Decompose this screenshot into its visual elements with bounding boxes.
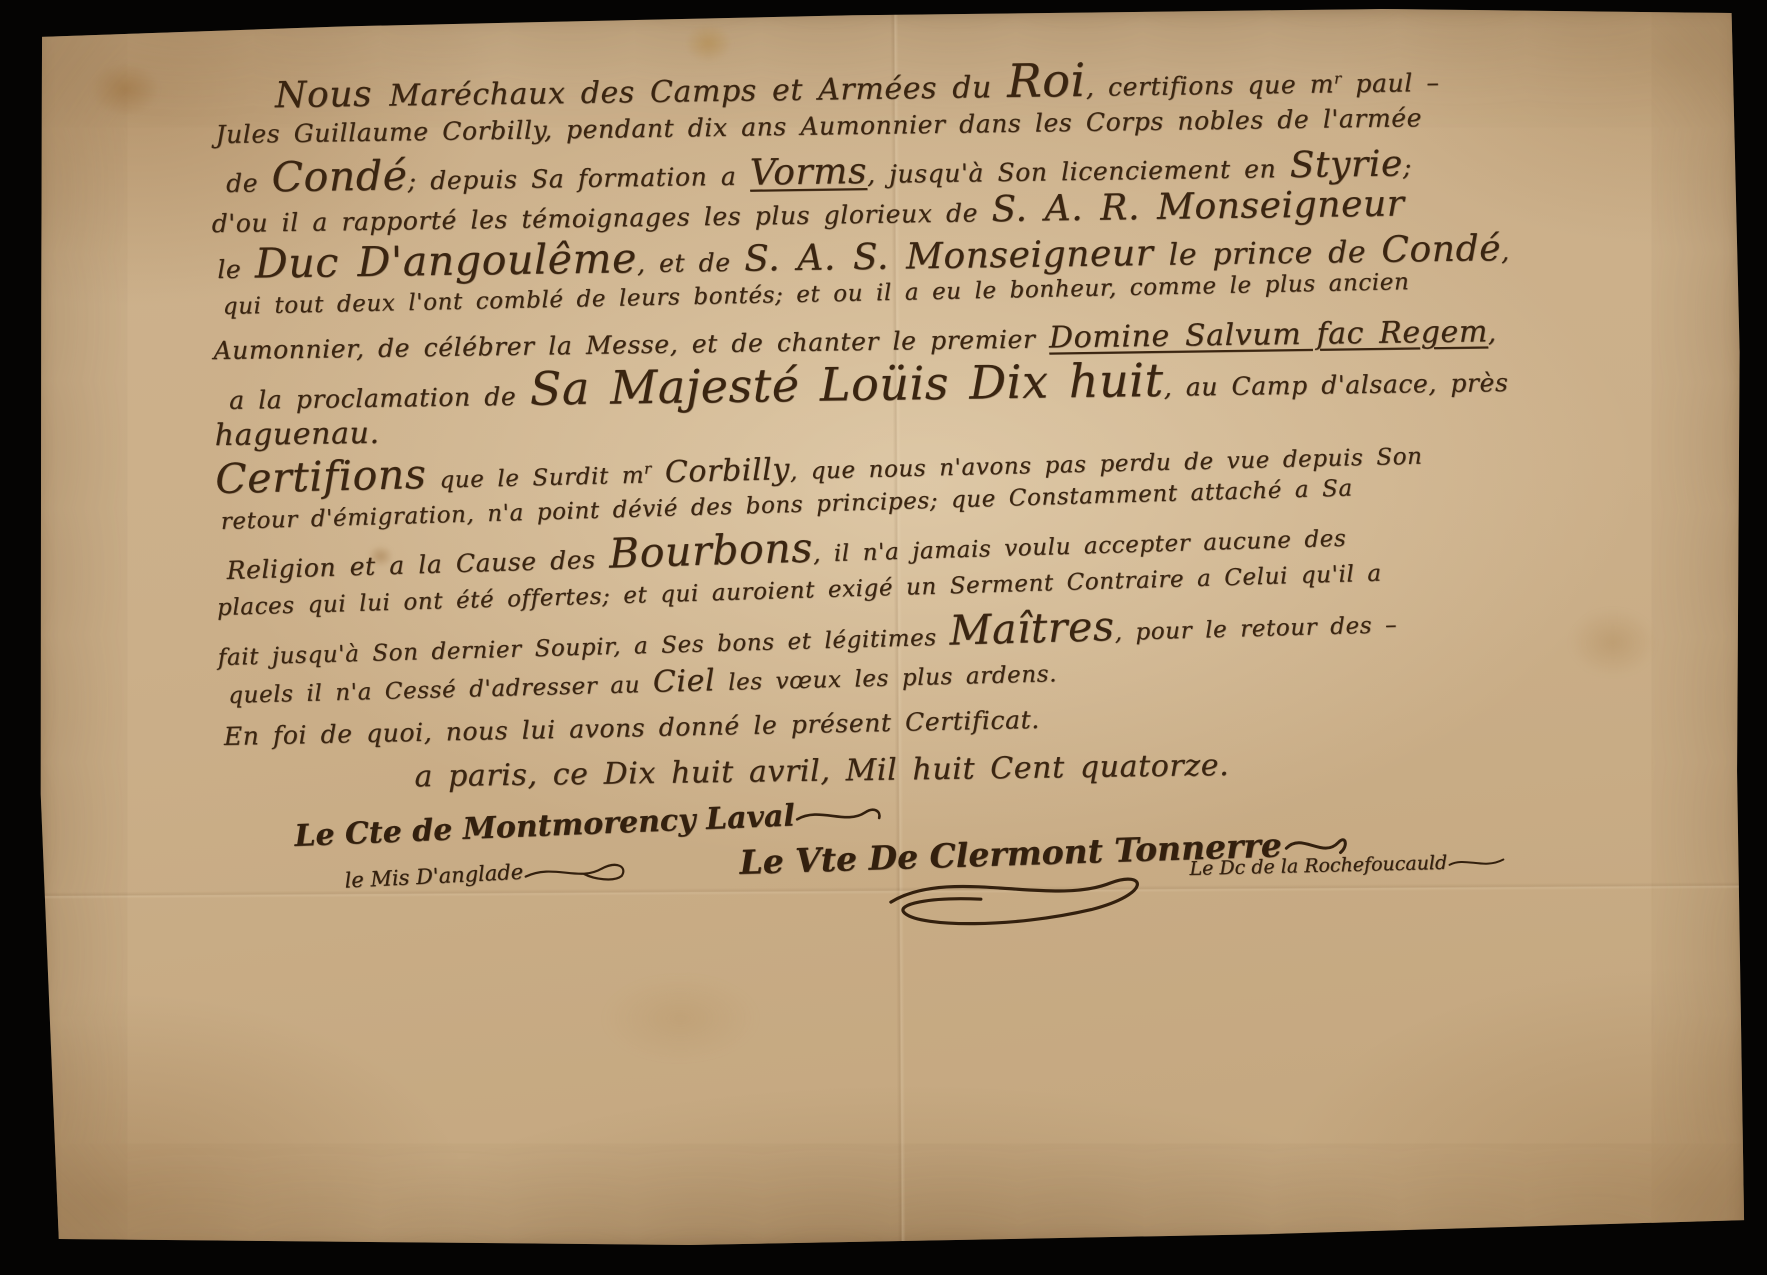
document-paper: Nous Maréchaux des Camps et Armées du Ro…	[34, 7, 1747, 1250]
text-segment: Corbilly	[664, 452, 790, 490]
text-segment: ;	[1403, 152, 1412, 181]
text-segment: ; depuis Sa formation a	[407, 162, 750, 196]
text-segment: que le Surdit m	[426, 463, 644, 494]
text-segment: Certifions	[215, 450, 427, 503]
text-segment: a la proclamation de	[229, 382, 530, 415]
text-segment: les vœux les plus ardens.	[715, 661, 1057, 696]
text-segment: , au Camp d'alsace, près	[1164, 368, 1509, 402]
signature-flourish-loop	[860, 863, 1162, 937]
signature-flourish	[794, 802, 885, 830]
text-segment	[652, 462, 666, 488]
text-segment: de	[226, 168, 272, 198]
signature-text: Le Cte de Montmorency Laval	[294, 798, 796, 854]
document-lines: Nous Maréchaux des Camps et Armées du Ro…	[210, 51, 1700, 803]
text-segment: Ciel	[652, 663, 715, 700]
signature-text: le Mis D'anglade	[344, 860, 524, 893]
text-segment: a paris, ce Dix huit avril, Mil huit Cen…	[414, 748, 1229, 794]
text-segment: , et de	[637, 248, 745, 278]
text-segment: Sa Majesté Loüis Dix huit	[529, 353, 1164, 416]
signature-flourish	[523, 855, 634, 886]
photograph-background: Nous Maréchaux des Camps et Armées du Ro…	[0, 0, 1767, 1275]
text-segment: quels il n'a Cessé d'adresser au	[228, 672, 653, 709]
text-segment: Maîtres	[949, 602, 1115, 655]
text-segment: ,	[1488, 318, 1497, 347]
text-segment: , jusqu'à Son licenciement en	[867, 154, 1290, 189]
paper-stain	[90, 61, 160, 116]
text-segment: Styrie	[1289, 143, 1403, 186]
signature-text: Le Dc de la Rochefoucauld	[1189, 852, 1447, 880]
text-segment: S. A. R. Monseigneur	[991, 183, 1405, 230]
text-segment: , pour le retour des –	[1114, 612, 1397, 646]
text-segment: d'ou il a rapporté les témoignages les p…	[212, 198, 992, 238]
text-segment: Vorms	[750, 151, 868, 194]
text-segment: haguenau.	[214, 416, 379, 453]
text-segment: Roi	[1007, 53, 1087, 108]
text-segment: , certifions que m	[1086, 69, 1335, 101]
text-segment: Condé	[271, 151, 408, 201]
paper-stain	[684, 23, 732, 63]
signature-flourish	[1447, 853, 1507, 872]
signature-anglade: le Mis D'anglade	[344, 854, 634, 895]
text-segment: Domine Salvum fac Regem	[1049, 314, 1488, 355]
paper-stain	[600, 973, 761, 1064]
text-segment: Nous	[275, 74, 390, 117]
text-segment: Bourbons	[608, 524, 813, 578]
text-segment: paul –	[1342, 68, 1440, 98]
text-segment: le	[217, 255, 255, 285]
text-segment: r	[644, 459, 652, 477]
